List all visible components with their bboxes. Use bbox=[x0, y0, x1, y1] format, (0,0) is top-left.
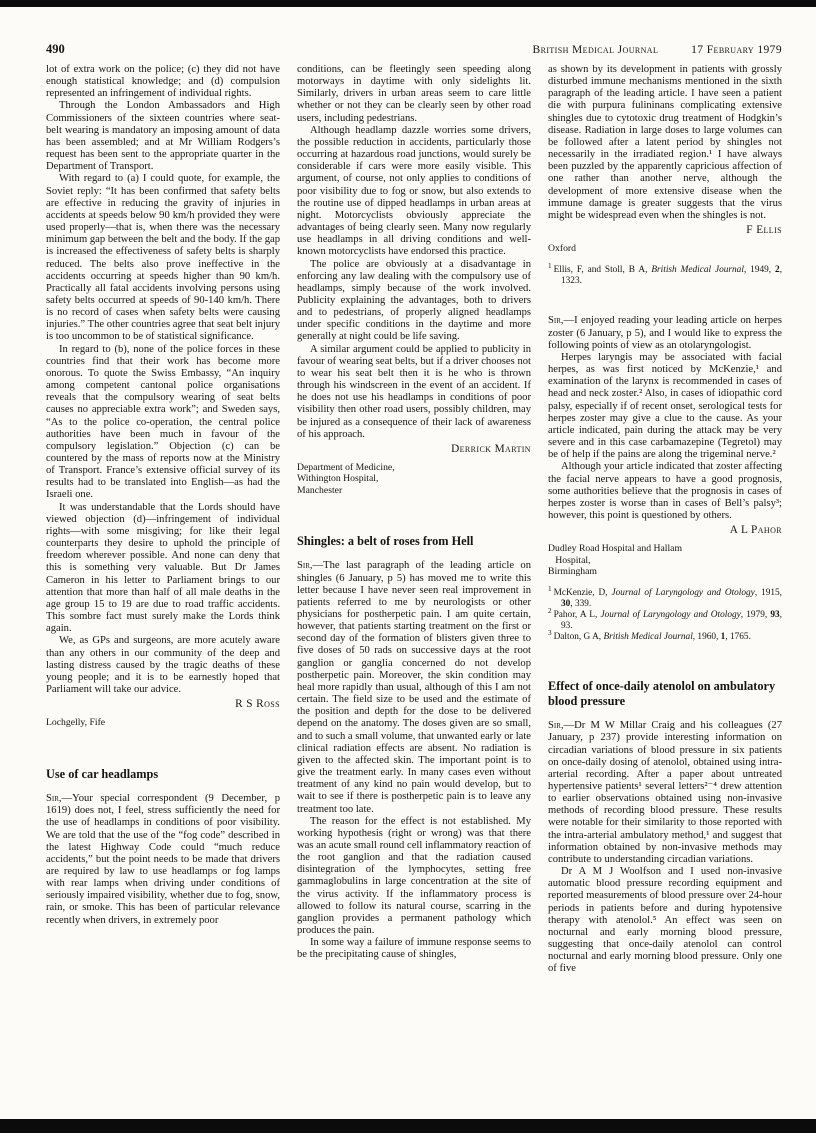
reference-text: , 1915, bbox=[755, 588, 782, 598]
address-line: Oxford bbox=[548, 243, 782, 254]
reference-text: , 1949, bbox=[744, 265, 775, 275]
paragraph: Herpes laryngis may be associated with f… bbox=[548, 352, 782, 461]
reference-list: 1McKenzie, D, Journal of Laryngology and… bbox=[548, 588, 782, 643]
paragraph: Through the London Ambassadors and High … bbox=[46, 100, 280, 173]
author-address: Lochgelly, Fife bbox=[46, 717, 280, 728]
author-address: Dudley Road Hospital and Hallam Hospital… bbox=[548, 543, 782, 577]
reference-item: 3Dalton, G A, British Medical Journal, 1… bbox=[548, 632, 782, 643]
address-line: Hospital, bbox=[548, 555, 782, 566]
paragraph: Dr A M J Woolfson and I used non-invasiv… bbox=[548, 866, 782, 975]
reference-number: 2 bbox=[548, 607, 552, 615]
reference-number: 1 bbox=[548, 262, 552, 270]
letter-heading: Effect of once-daily atenolol on ambulat… bbox=[548, 679, 782, 708]
reference-text: Dalton, G A, bbox=[554, 632, 604, 642]
reference-text: McKenzie, D, bbox=[554, 588, 612, 598]
letters-column-3: as shown by its development in patients … bbox=[548, 64, 782, 975]
paragraph: lot of extra work on the police; (c) the… bbox=[46, 64, 280, 100]
reference-text: British Medical Journal bbox=[603, 632, 692, 642]
letter-opening-paragraph: Sir,—Your special correspondent (9 Decem… bbox=[46, 793, 280, 927]
paragraph-text: —The last paragraph of the leading artic… bbox=[297, 560, 531, 814]
reference-number: 3 bbox=[548, 629, 552, 637]
issue-date: 17 February 1979 bbox=[691, 44, 782, 56]
reference-text: Journal of Laryngology and Otology bbox=[612, 588, 755, 598]
salutation: Sir, bbox=[548, 720, 564, 731]
letters-column-2: conditions, can be fleetingly seen speed… bbox=[297, 64, 531, 975]
signature: R S Ross bbox=[46, 698, 280, 710]
paragraph: as shown by its development in patients … bbox=[548, 64, 782, 222]
journal-title: British Medical Journal bbox=[533, 44, 659, 56]
letter-opening-paragraph: Sir,—I enjoyed reading your leading arti… bbox=[548, 315, 782, 351]
reference-text: , 1765. bbox=[725, 632, 751, 642]
paragraph: The reason for the effect is not establi… bbox=[297, 816, 531, 938]
paragraph-text: —Dr M W Millar Craig and his colleagues … bbox=[548, 720, 782, 865]
paragraph-text: —I enjoyed reading your leading article … bbox=[548, 315, 782, 350]
paragraph: The police are obviously at a disadvanta… bbox=[297, 259, 531, 344]
scan-edge-bottom bbox=[0, 1119, 816, 1133]
letter-heading: Use of car headlamps bbox=[46, 767, 280, 782]
reference-list: 1Ellis, F, and Stoll, B A, British Medic… bbox=[548, 265, 782, 287]
reference-text: Pahor, A L, bbox=[554, 610, 601, 620]
paragraph: A similar argument could be applied to p… bbox=[297, 344, 531, 441]
paragraph: Although headlamp dazzle worries some dr… bbox=[297, 125, 531, 259]
address-line: Department of Medicine, bbox=[297, 462, 531, 473]
paragraph: In regard to (b), none of the police for… bbox=[46, 344, 280, 502]
address-line: Birmingham bbox=[548, 566, 782, 577]
salutation: Sir, bbox=[548, 315, 564, 326]
paragraph-text: —Your special correspondent (9 December,… bbox=[46, 793, 280, 926]
reference-text: , 1979, bbox=[741, 610, 771, 620]
running-head: British Medical Journal 17 February 1979 bbox=[533, 44, 782, 56]
salutation: Sir, bbox=[297, 560, 313, 571]
reference-item: 1Ellis, F, and Stoll, B A, British Medic… bbox=[548, 265, 782, 287]
paragraph: It was understandable that the Lords sho… bbox=[46, 502, 280, 636]
reference-text: British Medical Journal bbox=[651, 265, 744, 275]
letter-opening-paragraph: Sir,—The last paragraph of the leading a… bbox=[297, 560, 531, 815]
letter-heading: Shingles: a belt of roses from Hell bbox=[297, 534, 531, 549]
letter-opening-paragraph: Sir,—Dr M W Millar Craig and his colleag… bbox=[548, 720, 782, 866]
reference-text: 30 bbox=[561, 599, 570, 609]
reference-item: 1McKenzie, D, Journal of Laryngology and… bbox=[548, 588, 782, 610]
address-line: Lochgelly, Fife bbox=[46, 717, 280, 728]
paragraph: With regard to (a) I could quote, for ex… bbox=[46, 173, 280, 343]
author-address: Oxford bbox=[548, 243, 782, 254]
author-address: Department of Medicine,Withington Hospit… bbox=[297, 462, 531, 496]
reference-text: , 339. bbox=[570, 599, 591, 609]
salutation: Sir, bbox=[46, 793, 62, 804]
scan-edge-top bbox=[0, 0, 816, 7]
reference-text: , 1960, bbox=[693, 632, 721, 642]
signature: Derrick Martin bbox=[297, 443, 531, 455]
paragraph: conditions, can be fleetingly seen speed… bbox=[297, 64, 531, 125]
address-line: Manchester bbox=[297, 485, 531, 496]
reference-number: 1 bbox=[548, 585, 552, 593]
reference-item: 2Pahor, A L, Journal of Laryngology and … bbox=[548, 610, 782, 632]
reference-text: 93 bbox=[770, 610, 779, 620]
paragraph: Although your article indicated that zos… bbox=[548, 461, 782, 522]
letters-columns: lot of extra work on the police; (c) the… bbox=[46, 64, 782, 975]
page-header: 490 British Medical Journal 17 February … bbox=[46, 42, 782, 57]
address-line: Dudley Road Hospital and Hallam bbox=[548, 543, 782, 554]
signature: F Ellis bbox=[548, 224, 782, 236]
letters-column-1: lot of extra work on the police; (c) the… bbox=[46, 64, 280, 975]
journal-page: 490 British Medical Journal 17 February … bbox=[0, 0, 816, 1133]
page-number: 490 bbox=[46, 42, 65, 57]
signature: A L Pahor bbox=[548, 524, 782, 536]
reference-text: Ellis, F, and Stoll, B A, bbox=[554, 265, 652, 275]
paragraph: We, as GPs and surgeons, are more acutel… bbox=[46, 635, 280, 696]
paragraph: In some way a failure of immune response… bbox=[297, 937, 531, 961]
address-line: Withington Hospital, bbox=[297, 473, 531, 484]
reference-text: Journal of Laryngology and Otology bbox=[600, 610, 740, 620]
